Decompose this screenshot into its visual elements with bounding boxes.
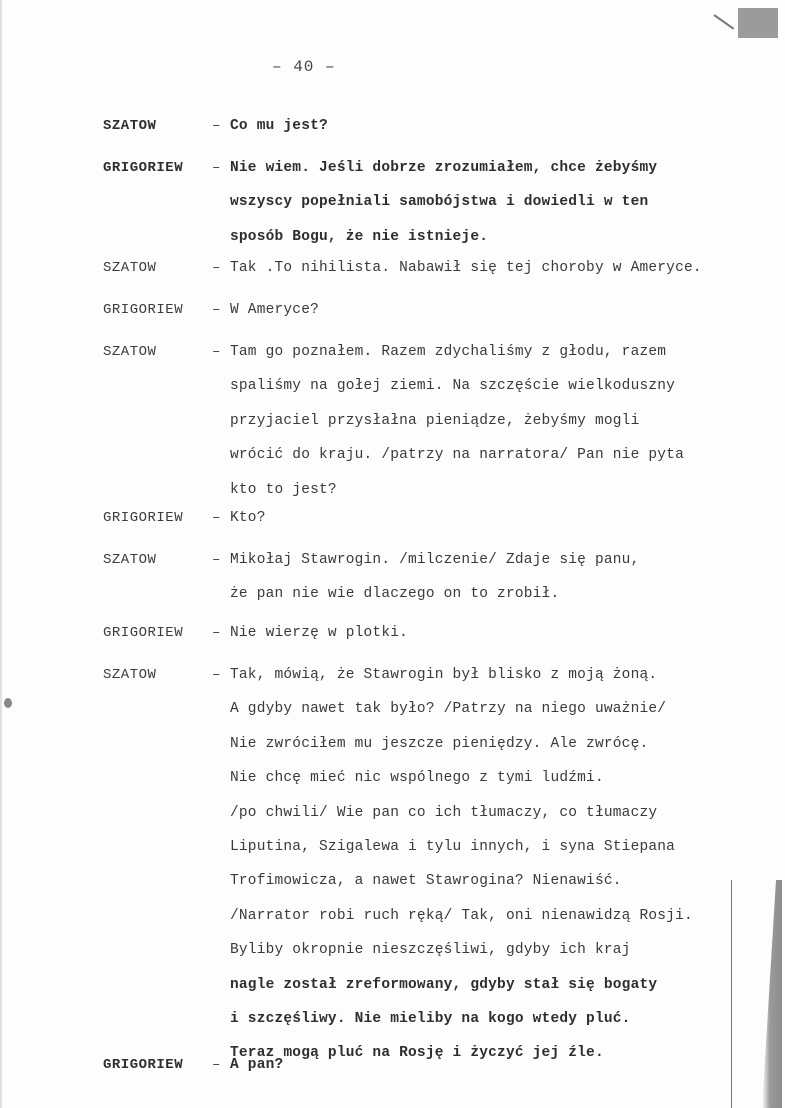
dialogue-line: Kto? xyxy=(230,510,266,526)
dialogue-line: Byliby okropnie nieszczęśliwi, gdyby ich… xyxy=(230,942,631,958)
speaker-name: GRIGORIEW xyxy=(103,1057,183,1073)
dialogue-line: A gdyby nawet tak było? /Patrzy na niego… xyxy=(230,701,666,717)
dialogue-line: W Ameryce? xyxy=(230,302,319,318)
dialogue-line: A pan? xyxy=(230,1057,283,1073)
speaker-name: GRIGORIEW xyxy=(103,510,183,526)
dialogue-dash: – xyxy=(212,302,220,318)
page-number: – 40 – xyxy=(272,58,336,76)
dialogue-dash: – xyxy=(212,510,220,526)
dialogue-line: przyjaciel przysłałna pieniądze, żebyśmy… xyxy=(230,413,639,429)
dialogue-line: wszyscy popełniali samobójstwa i dowiedl… xyxy=(230,194,648,210)
speaker-name: GRIGORIEW xyxy=(103,302,183,318)
scan-left-edge xyxy=(0,0,3,1108)
dialogue-dash: – xyxy=(212,552,220,568)
dialogue-dash: – xyxy=(212,118,220,134)
dialogue-dash: – xyxy=(212,260,220,276)
dialogue-line: /Narrator robi ruch ręką/ Tak, oni niena… xyxy=(230,908,693,924)
dialogue-dash: – xyxy=(212,625,220,641)
dialogue-line: Nie wiem. Jeśli dobrze zrozumiałem, chce… xyxy=(230,160,657,176)
dialogue-dash: – xyxy=(212,344,220,360)
speaker-name: SZATOW xyxy=(103,118,156,134)
dialogue-line: i szczęśliwy. Nie mieliby na kogo wtedy … xyxy=(230,1011,631,1027)
dialogue-line: /po chwili/ Wie pan co ich tłumaczy, co … xyxy=(230,805,657,821)
dialogue-line: Liputina, Szigalewa i tylu innych, i syn… xyxy=(230,839,675,855)
dialogue-line: Nie zwróciłem mu jeszcze pieniędzy. Ale … xyxy=(230,736,648,752)
dialogue-line: Mikołaj Stawrogin. /milczenie/ Zdaje się… xyxy=(230,552,639,568)
dialogue-line: że pan nie wie dlaczego on to zrobił. xyxy=(230,586,559,602)
dialogue-dash: – xyxy=(212,1057,220,1073)
dialogue-line: Co mu jest? xyxy=(230,118,328,134)
dialogue-dash: – xyxy=(212,160,220,176)
speaker-name: SZATOW xyxy=(103,667,156,683)
dialogue-line: Teraz mogą pluć na Rosję i życzyć jej źl… xyxy=(230,1045,604,1061)
dialogue-line: wrócić do kraju. /patrzy na narratora/ P… xyxy=(230,447,684,463)
speaker-name: SZATOW xyxy=(103,260,156,276)
speaker-name: SZATOW xyxy=(103,344,156,360)
scan-right-edge-shadow xyxy=(762,880,782,1108)
scan-corner-mark xyxy=(738,8,778,38)
speaker-name: GRIGORIEW xyxy=(103,160,183,176)
dialogue-line: nagle został zreformowany, gdyby stał si… xyxy=(230,977,657,993)
dialogue-line: Nie chcę mieć nic wspólnego z tymi ludźm… xyxy=(230,770,604,786)
dialogue-line: Nie wierzę w plotki. xyxy=(230,625,408,641)
dialogue-dash: – xyxy=(212,667,220,683)
dialogue-line: Trofimowicza, a nawet Stawrogina? Nienaw… xyxy=(230,873,622,889)
dialogue-line: sposób Bogu, że nie istnieje. xyxy=(230,229,488,245)
scan-corner-fold xyxy=(713,14,734,29)
dialogue-line: Tam go poznałem. Razem zdychaliśmy z gło… xyxy=(230,344,666,360)
dialogue-line: spaliśmy na gołej ziemi. Na szczęście wi… xyxy=(230,378,675,394)
scanned-page: – 40 – SZATOW–Co mu jest?GRIGORIEW–Nie w… xyxy=(0,0,785,1108)
dialogue-line: Tak, mówią, że Stawrogin był blisko z mo… xyxy=(230,667,657,683)
scan-right-rule xyxy=(731,880,732,1108)
dialogue-line: Tak .To nihilista. Nabawił się tej choro… xyxy=(230,260,702,276)
speaker-name: GRIGORIEW xyxy=(103,625,183,641)
scan-hole-punch-mark xyxy=(4,698,12,708)
speaker-name: SZATOW xyxy=(103,552,156,568)
dialogue-line: kto to jest? xyxy=(230,482,337,498)
